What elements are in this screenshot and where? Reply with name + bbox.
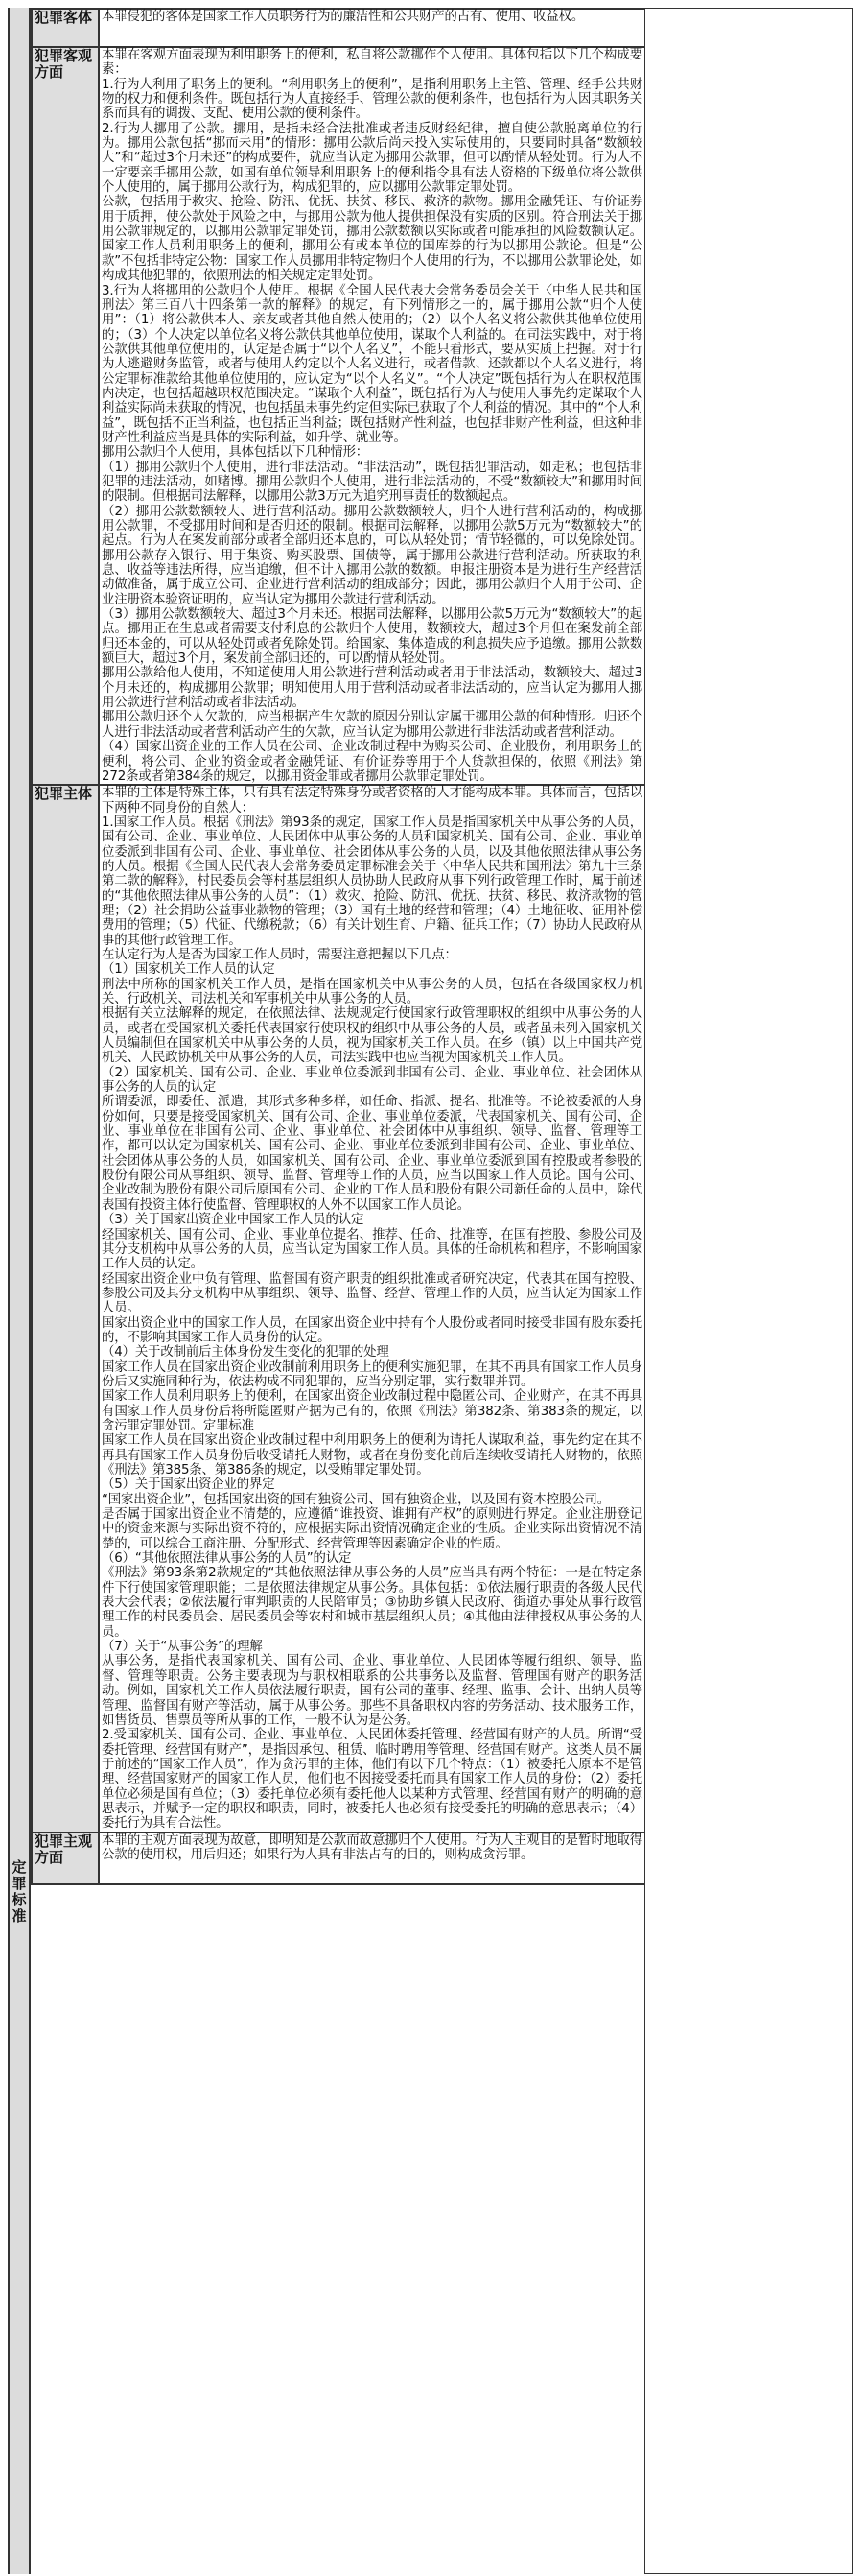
paragraph: 公款，包括用于救灾、抢险、防汛、优抚、扶贫、移民、救济的款物。挪用金融凭证、有价… [102,195,642,283]
row-label-objective-aspect: 犯罪客观方面 [32,47,99,785]
paragraph: （6）“其他依照法律从事公务的人员”的认定 [102,1551,642,1566]
paragraph: 在认定行为人是否为国家工作人员时，需要注意把握以下几点： [102,948,642,962]
paragraph: 国家工作人员在国家出资企业改制过程中利用职务上的便利为请托人谋取利益，事先约定在… [102,1433,642,1477]
paragraph: 从事公务，是指代表国家机关、国有公司、企业、事业单位、人民团体等履行组织、领导、… [102,1654,642,1728]
paragraph: 经国家出资企业中负有管理、监督国有资产职责的组织批准或者研究决定，代表其在国有控… [102,1272,642,1316]
row-content-subject: 本罪的主体是特殊主体，只有具有法定特殊身份或者资格的人才能构成本罪。具体而言，包… [99,785,645,1832]
paragraph: 本罪的主观方面表现为故意，即明知是公款而故意挪归个人使用。行为人主观目的是暂时地… [102,1833,642,1863]
paragraph: 3.行为人将挪用的公款归个人使用。根据《全国人民代表大会常务委员会关于〈中华人民… [102,284,642,446]
row-label-subjective-aspect: 犯罪主观方面 [32,1832,99,1884]
outer-category-label: 定罪标准 [10,1859,29,1925]
outer-category-column [8,8,31,2574]
paragraph: 国家工作人员在国家出资企业改制前利用职务上的便利实施犯罪，在其不再具有国家工作人… [102,1360,642,1390]
paragraph: 2.受国家机关、国有公司、企业、事业单位、人民团体委托管理、经营国有财产的人员。… [102,1728,642,1831]
paragraph: （2）挪用公款数额较大、进行营利活动。挪用公款数额较大，归个人进行营利活动的，构… [102,505,642,607]
paragraph: 本罪在客观方面表现为利用职务上的便利，私自将公款挪作个人使用。具体包括以下几个构… [102,48,642,78]
paragraph: （3）挪用公款数额较大、超过3个月未还。根据司法解释，以挪用公款5万元为“数额较… [102,607,642,666]
paragraph: （7）关于“从事公务”的理解 [102,1640,642,1654]
paragraph: 国家出资企业中的国家工作人员，在国家出资企业中持有个人股份或者同时接受非国有股东… [102,1316,642,1346]
paragraph: 经国家机关、国有公司、企业、事业单位提名、推荐、任命、批准等，在国有控股、参股公… [102,1228,642,1272]
paragraph: 挪用公款给他人使用，不知道使用人用公款进行营利活动或者用于非法活动，数额较大、超… [102,666,642,710]
paragraph: （4）关于改制前后主体身份发生变化的犯罪的处理 [102,1345,642,1359]
paragraph: （5）关于国家出资企业的界定 [102,1477,642,1492]
paragraph: 1.国家工作人员。根据《刑法》第93条的规定，国家工作人员是指国家机关中从事公务… [102,815,642,948]
paragraph: （1）国家机关工作人员的认定 [102,962,642,977]
paragraph: 刑法中所称的国家机关工作人员，是指在国家机关中从事公务的人员，包括在各级国家权力… [102,978,642,1007]
paragraph: 2.行为人挪用了公款。挪用，是指未经合法批准或者违反财经纪律，擅自使公款脱离单位… [102,122,642,196]
paragraph: 根据有关立法解释的规定，在依照法律、法规规定行使国家行政管理职权的组织中从事公务… [102,1006,642,1065]
row-label-object: 犯罪客体 [32,9,99,47]
paragraph: 挪用公款归个人使用，具体包括以下几种情形： [102,445,642,460]
paragraph: 1.行为人利用了职务上的便利。“利用职务上的便利”，是指利用职务上主管、管理、经… [102,78,642,122]
row-content-objective-aspect: 本罪在客观方面表现为利用职务上的便利，私自将公款挪作个人使用。具体包括以下几个构… [99,47,645,785]
paragraph: 国家工作人员利用职务上的便利，在国家出资企业改制过程中隐匿公司、企业财产，在其不… [102,1389,642,1433]
paragraph: 所谓委派，即委任、派遣，其形式多种多样，如任命、指派、提名、批准等。不论被委派的… [102,1095,642,1213]
paragraph: （1）挪用公款归个人使用，进行非法活动。“非法活动”，既包括犯罪活动，如走私；也… [102,461,642,505]
table-row-objective-aspect: 犯罪客观方面 本罪在客观方面表现为利用职务上的便利，私自将公款挪作个人使用。具体… [32,47,645,785]
paragraph: “国家出资企业”，包括国家出资的国有独资公司、国有独资企业，以及国有资本控股公司… [102,1493,642,1507]
document-page: 定罪标准 犯罪客体 本罪侵犯的客体是国家工作人员职务行为的廉洁性和公共财产的占有… [0,0,863,2576]
paragraph: 挪用公款归还个人欠款的，应当根据产生欠款的原因分别认定属于挪用公款的何种情形。归… [102,710,642,740]
row-content-object: 本罪侵犯的客体是国家工作人员职务行为的廉洁性和公共财产的占有、使用、收益权。 [99,9,645,47]
empty-right-panel [644,8,853,2574]
row-label-subject: 犯罪主体 [32,785,99,1832]
paragraph: 本罪侵犯的客体是国家工作人员职务行为的廉洁性和公共财产的占有、使用、收益权。 [102,10,642,24]
paragraph: 《刑法》第93条第2款规定的“其他依照法律从事公务的人员”应当具有两个特征：一是… [102,1566,642,1640]
crime-elements-table: 犯罪客体 本罪侵犯的客体是国家工作人员职务行为的廉洁性和公共财产的占有、使用、收… [31,8,646,1885]
paragraph: （2）国家机关、国有公司、企业、事业单位委派到非国有公司、企业、事业单位、社会团… [102,1066,642,1096]
paragraph: （3）关于国家出资企业中国家工作人员的认定 [102,1213,642,1227]
table-row-subject: 犯罪主体 本罪的主体是特殊主体，只有具有法定特殊身份或者资格的人才能构成本罪。具… [32,785,645,1832]
paragraph: 是否属于国家出资企业不清楚的，应遵循“谁投资、谁拥有产权”的原则进行界定。企业注… [102,1507,642,1551]
paragraph: （4）国家出资企业的工作人员在公司、企业改制过程中为购买公司、企业股份，利用职务… [102,740,642,784]
row-content-subjective-aspect: 本罪的主观方面表现为故意，即明知是公款而故意挪归个人使用。行为人主观目的是暂时地… [99,1832,645,1884]
paragraph: 本罪的主体是特殊主体，只有具有法定特殊身份或者资格的人才能构成本罪。具体而言，包… [102,786,642,815]
table-row-object: 犯罪客体 本罪侵犯的客体是国家工作人员职务行为的廉洁性和公共财产的占有、使用、收… [32,9,645,47]
table-row-subjective-aspect: 犯罪主观方面 本罪的主观方面表现为故意，即明知是公款而故意挪归个人使用。行为人主… [32,1832,645,1884]
